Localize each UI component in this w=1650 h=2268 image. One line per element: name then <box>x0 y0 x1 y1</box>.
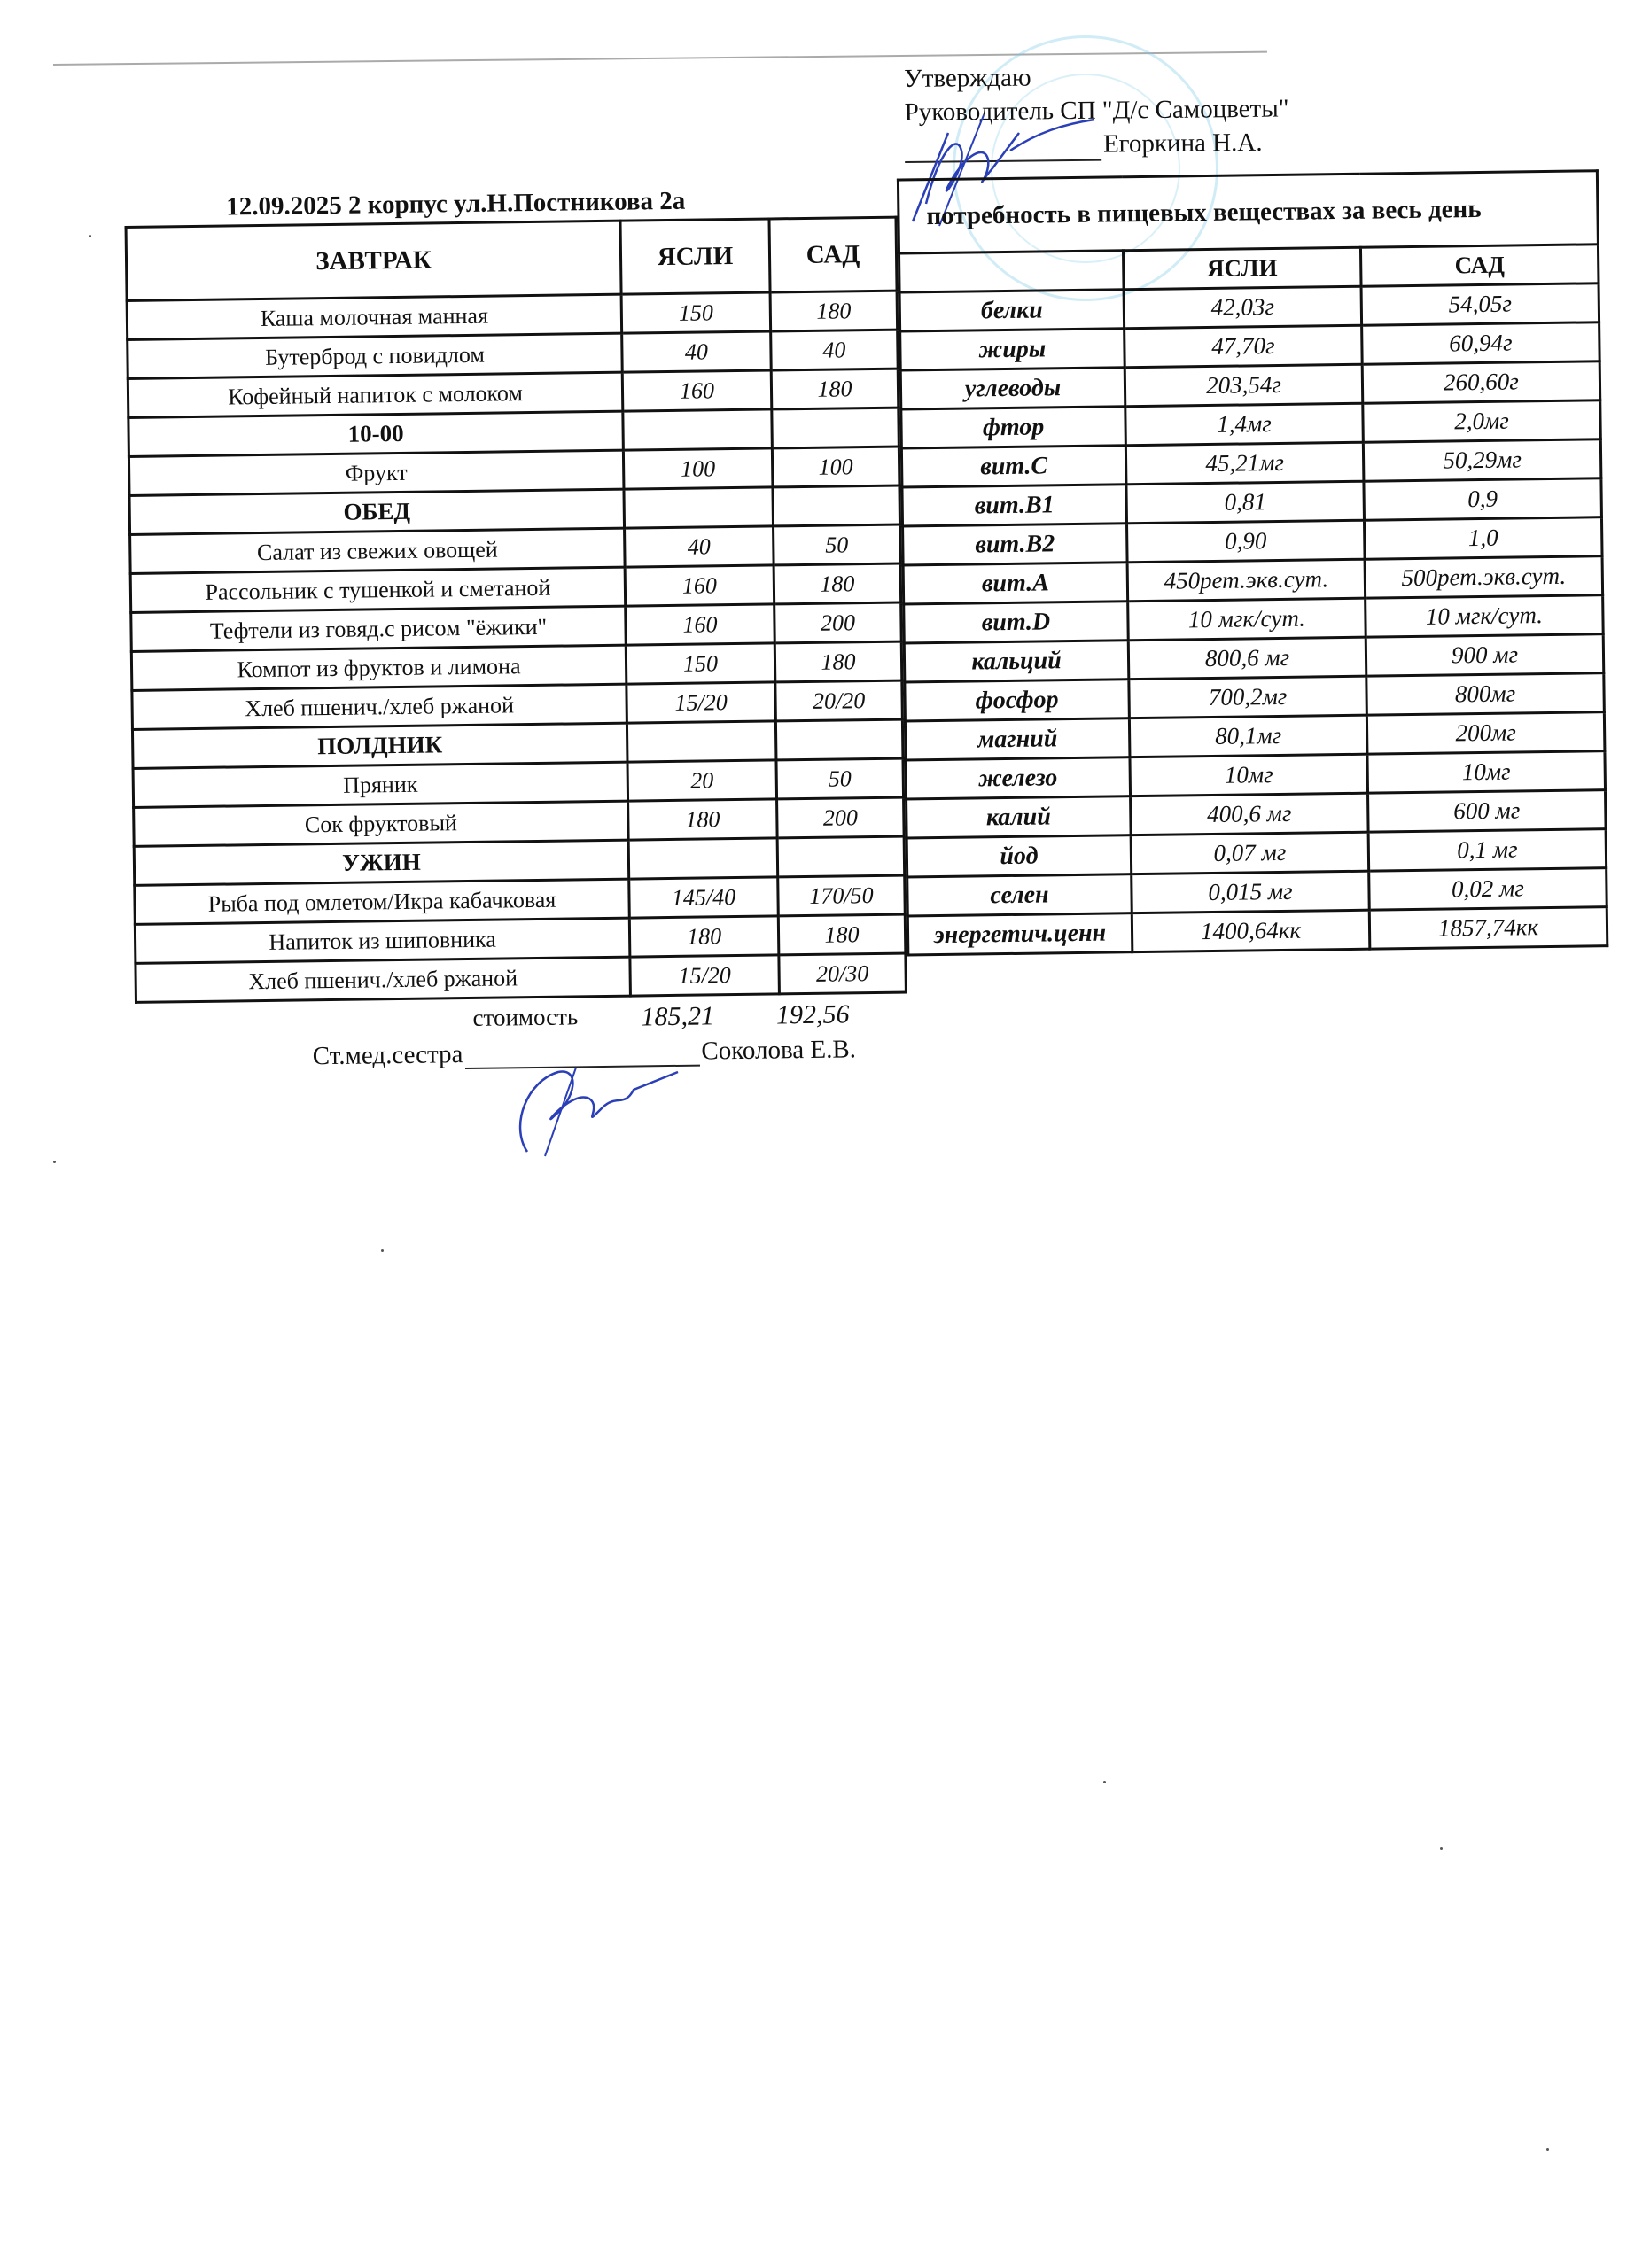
nutrient-nursery-value: 1400,64кк <box>1132 910 1370 952</box>
nutrient-kindergarten-value: 900 мг <box>1366 634 1604 677</box>
kindergarten-portion: 50 <box>774 524 901 565</box>
nutrition-table: потребность в пищевых веществах за весь … <box>897 169 1608 956</box>
nutrient-kindergarten-value: 0,02 мг <box>1369 868 1607 911</box>
kindergarten-portion <box>772 408 899 448</box>
nutrient-nursery-value: 0,015 мг <box>1132 871 1370 913</box>
nutrient-kindergarten-value: 1,0 <box>1364 517 1602 560</box>
nutrient-nursery-value: 47,70г <box>1125 325 1363 368</box>
approval-signatory: Егоркина Н.А. <box>1103 126 1263 161</box>
nursery-portion <box>624 487 774 528</box>
nutrient-kindergarten-value: 50,29мг <box>1363 439 1601 482</box>
nursery-portion: 100 <box>623 448 773 489</box>
cost-nursery: 185,21 <box>604 1001 751 1033</box>
nutrient-name: углеводы <box>900 368 1125 409</box>
menu-header-kindergarten: САД <box>769 217 897 292</box>
nutrient-name: вит.D <box>904 602 1129 643</box>
kindergarten-portion: 180 <box>771 369 899 409</box>
dish-name: Хлеб пшенич./хлеб ржаной <box>132 684 627 729</box>
kindergarten-portion: 20/20 <box>775 680 903 721</box>
dish-name: Каша молочная манная <box>127 294 622 339</box>
scan-speck <box>89 235 91 237</box>
nutrition-header-nutrient <box>899 251 1125 292</box>
nutrient-name: жиры <box>900 329 1125 370</box>
nutrition-title: потребность в пищевых веществах за весь … <box>898 171 1598 253</box>
nutrient-name: белки <box>899 290 1125 331</box>
nursery-portion: 150 <box>621 292 771 333</box>
nursery-portion <box>628 838 778 879</box>
nutrient-name: кальций <box>904 641 1129 682</box>
nutrient-nursery-value: 80,1мг <box>1129 715 1367 757</box>
nutrient-nursery-value: 450рет.экв.сут. <box>1127 559 1366 602</box>
kindergarten-portion: 180 <box>770 291 898 331</box>
nutrient-nursery-value: 0,90 <box>1127 520 1366 563</box>
dish-name: Фрукт <box>128 450 624 495</box>
nutrient-name: фтор <box>901 407 1126 448</box>
nursery-portion: 160 <box>626 604 775 645</box>
nutrient-name: калий <box>907 796 1132 838</box>
nutrient-name: энергетич.ценн <box>907 913 1132 955</box>
nurse-signature-icon <box>492 1054 687 1161</box>
kindergarten-portion: 180 <box>774 641 902 682</box>
nutrient-name: железо <box>906 757 1131 799</box>
kindergarten-portion <box>773 485 900 526</box>
dish-name: Пряник <box>133 762 628 807</box>
kindergarten-portion: 200 <box>774 602 902 643</box>
cost-kindergarten: 192,56 <box>751 999 875 1031</box>
menu-section-title: ОБЕД <box>129 489 625 534</box>
nutrient-kindergarten-value: 800мг <box>1366 673 1605 716</box>
nutrient-kindergarten-value: 500рет.экв.сут. <box>1365 556 1603 599</box>
dish-name: Салат из свежих овощей <box>130 528 626 573</box>
kindergarten-portion: 20/30 <box>779 953 907 994</box>
dish-name: Кофейный напиток с молоком <box>128 372 623 417</box>
nursery-portion: 40 <box>622 331 772 372</box>
approval-heading: Утверждаю <box>904 58 1288 96</box>
kindergarten-portion: 180 <box>774 563 901 604</box>
nursery-portion: 15/20 <box>627 682 776 723</box>
nutrient-kindergarten-value: 10мг <box>1367 751 1606 794</box>
nutrient-kindergarten-value: 600 мг <box>1368 790 1607 833</box>
menu-section-title: УЖИН <box>134 840 629 885</box>
nutrient-kindergarten-value: 0,1 мг <box>1368 829 1607 872</box>
nutrient-nursery-value: 700,2мг <box>1129 676 1367 718</box>
dish-name: Напиток из шиповника <box>135 918 630 963</box>
nutrient-kindergarten-value: 1857,74кк <box>1369 907 1607 950</box>
nutrient-kindergarten-value: 2,0мг <box>1363 400 1601 443</box>
nursery-portion: 160 <box>625 565 774 606</box>
menu-header-nursery: ЯСЛИ <box>620 219 770 294</box>
kindergarten-portion <box>775 719 903 760</box>
nutrient-nursery-value: 42,03г <box>1124 286 1362 329</box>
nutrient-nursery-value: 1,4мг <box>1125 403 1364 446</box>
dish-name: Сок фруктовый <box>134 801 629 846</box>
nutrition-row: энергетич.ценн1400,64кк1857,74кк <box>907 907 1607 955</box>
nutrient-nursery-value: 203,54г <box>1125 364 1363 407</box>
nutrient-nursery-value: 0,07 мг <box>1131 832 1369 874</box>
nursery-portion: 145/40 <box>629 877 779 918</box>
nutrient-nursery-value: 10 мгк/сут. <box>1128 598 1366 641</box>
nutrient-nursery-value: 400,6 мг <box>1131 793 1369 835</box>
nursery-portion <box>627 721 776 762</box>
dish-name: Компот из фруктов и лимона <box>131 645 627 690</box>
scan-speck <box>53 1161 56 1163</box>
nursery-portion <box>623 409 773 450</box>
scan-speck <box>1546 2148 1549 2151</box>
kindergarten-portion: 50 <box>776 758 904 799</box>
nursery-portion: 20 <box>627 760 777 801</box>
dish-name: Бутерброд с повидлом <box>128 333 623 378</box>
dish-name: Хлеб пшенич./хлеб ржаной <box>136 957 631 1002</box>
scan-speck <box>381 1249 384 1252</box>
nutrient-kindergarten-value: 260,60г <box>1362 361 1600 404</box>
kindergarten-portion: 200 <box>777 797 905 838</box>
menu-header-meal: ЗАВТРАК <box>126 221 621 300</box>
nutrient-name: вит.С <box>901 446 1126 487</box>
nutrient-kindergarten-value: 54,05г <box>1361 283 1599 326</box>
menu-table: ЗАВТРАК ЯСЛИ САД Каша молочная манная150… <box>125 216 907 1004</box>
kindergarten-portion: 170/50 <box>778 875 906 916</box>
kindergarten-portion: 40 <box>771 330 899 370</box>
nutrient-name: йод <box>907 835 1132 877</box>
kindergarten-portion <box>777 836 905 877</box>
dish-name: Рыба под омлетом/Икра кабачковая <box>135 879 630 924</box>
nutrient-nursery-value: 10мг <box>1130 754 1368 796</box>
scan-speck <box>1103 1781 1106 1783</box>
cost-label: стоимость <box>135 1003 604 1039</box>
nutrition-header-nursery: ЯСЛИ <box>1123 247 1361 290</box>
menu-header-row: ЗАВТРАК ЯСЛИ САД <box>126 217 897 300</box>
nurse-name: Соколова Е.В. <box>701 1035 856 1066</box>
nutrition-header-kindergarten: САД <box>1360 245 1599 287</box>
kindergarten-portion: 100 <box>772 447 899 487</box>
nursery-portion: 40 <box>625 526 774 567</box>
menu-section-title: ПОЛДНИК <box>132 723 627 768</box>
kindergarten-portion: 180 <box>778 914 906 955</box>
scan-speck <box>1440 1847 1443 1850</box>
nutrient-kindergarten-value: 200мг <box>1366 712 1605 755</box>
nutrient-nursery-value: 45,21мг <box>1125 442 1364 485</box>
nutrition-title-row: потребность в пищевых веществах за весь … <box>898 171 1598 253</box>
nutrient-name: фосфор <box>905 680 1130 721</box>
dish-name: Тефтели из говяд.с рисом "ёжики" <box>131 606 627 651</box>
nutrient-name: вит.В2 <box>903 524 1128 565</box>
nursery-portion: 180 <box>628 799 778 840</box>
nutrient-kindergarten-value: 10 мгк/сут. <box>1366 595 1604 638</box>
dish-name: Рассольник с тушенкой и сметаной <box>130 567 626 612</box>
nutrient-kindergarten-value: 60,94г <box>1362 322 1600 365</box>
nutrient-name: вит.А <box>903 563 1128 604</box>
nursery-portion: 15/20 <box>630 955 780 996</box>
nutrient-name: магний <box>905 718 1130 760</box>
nursery-portion: 180 <box>629 916 779 957</box>
nutrient-name: селен <box>907 874 1132 916</box>
menu-sheet: 12.09.2025 2 корпус ул.Н.Постникова 2а З… <box>124 171 1650 1074</box>
nutrient-name: вит.В1 <box>902 485 1127 526</box>
menu-section-title: 10-00 <box>128 411 624 456</box>
nutrient-nursery-value: 0,81 <box>1126 481 1365 524</box>
nutrient-kindergarten-value: 0,9 <box>1364 478 1602 521</box>
nursery-portion: 150 <box>626 643 775 684</box>
nursery-portion: 160 <box>622 370 772 411</box>
nurse-role: Ст.мед.сестра <box>313 1040 463 1071</box>
nutrient-nursery-value: 800,6 мг <box>1128 637 1366 680</box>
